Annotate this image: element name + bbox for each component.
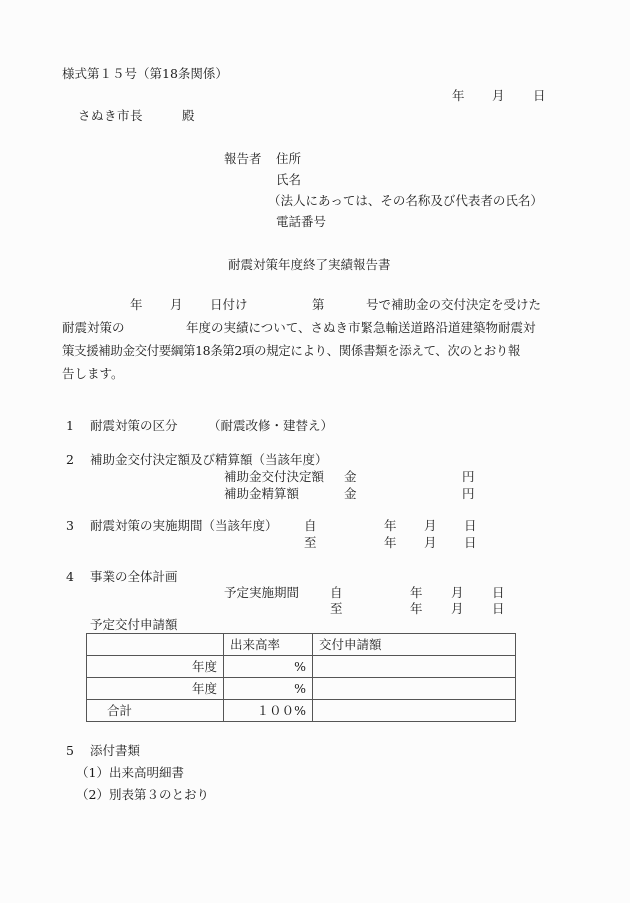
section-1-number: 1 (66, 418, 74, 434)
section-5-label: 添付書類 (90, 743, 140, 759)
phone-label: 電話番号 (276, 214, 326, 230)
section-3-to-month: 月 (424, 535, 437, 551)
section-4-to-month: 月 (451, 601, 464, 617)
addressee-name: さぬき市長 (78, 108, 143, 124)
grant-decision-label: 補助金交付決定額 (224, 469, 324, 485)
grant-settlement-yen: 円 (462, 486, 475, 502)
address-label: 住所 (276, 151, 301, 167)
section-4-to: 至 (330, 601, 343, 617)
section-3-to-year: 年 (384, 535, 397, 551)
table-row: 年度 % (87, 656, 516, 678)
section-2-label: 補助金交付決定額及び精算額（当該年度） (90, 452, 328, 468)
section-4-to-year: 年 (410, 601, 423, 617)
section-3-from-year: 年 (384, 518, 397, 534)
section-4-from-day: 日 (492, 585, 505, 601)
body-line4: 告します。 (62, 366, 124, 382)
section-3-from-month: 月 (424, 518, 437, 534)
grant-decision-yen: 円 (462, 469, 475, 485)
body-month: 月 (170, 297, 183, 313)
grant-decision-kin: 金 (344, 469, 357, 485)
section-4-from-year: 年 (410, 585, 423, 601)
planned-period-label: 予定実施期間 (224, 585, 299, 601)
corporate-note: （法人にあっては、その名称及び代表者の氏名） (268, 193, 543, 209)
table-header-row: 出来高率 交付申請額 (87, 634, 516, 656)
body-dai: 第 (312, 297, 325, 313)
date-year: 年 (452, 88, 465, 104)
table-cell-rate: % (224, 678, 313, 700)
section-4-from-month: 月 (451, 585, 464, 601)
body-line2-a: 耐震対策の (62, 320, 125, 336)
grant-settlement-label: 補助金精算額 (224, 486, 299, 502)
table-row-total: 合計 １００% (87, 700, 516, 722)
section-4-from: 自 (330, 585, 343, 601)
section-4-label: 事業の全体計画 (90, 569, 178, 585)
body-day: 日付け (210, 297, 248, 313)
table-cell-total-rate: １００% (224, 700, 313, 722)
name-label: 氏名 (276, 172, 301, 188)
table-header-cell (87, 634, 224, 656)
body-line2-b: 年度の実績について、さぬき市緊急輸送道路沿道建築物耐震対 (186, 320, 536, 336)
table-cell-amount (313, 656, 516, 678)
section-1-label: 耐震対策の区分 (90, 418, 178, 434)
table-row: 年度 % (87, 678, 516, 700)
date-day: 日 (533, 88, 546, 104)
section-4-number: 4 (66, 569, 74, 585)
section-3-to-day: 日 (464, 535, 477, 551)
addressee-honorific: 殿 (182, 108, 195, 124)
section-2-number: 2 (66, 452, 74, 468)
form-number: 様式第１５号（第18条関係） (62, 66, 228, 82)
attachment-item: （2）別表第３のとおり (76, 787, 209, 803)
table-cell-year: 年度 (87, 656, 224, 678)
document-title: 耐震対策年度終了実績報告書 (228, 257, 391, 273)
body-line3: 策支援補助金交付要綱第18条第2項の規定により、関係書類を添えて、次のとおり報 (62, 343, 520, 359)
section-3-to: 至 (304, 535, 317, 551)
section-3-from: 自 (304, 518, 317, 534)
section-1-value: （耐震改修・建替え） (208, 418, 333, 434)
table-cell-amount (313, 678, 516, 700)
reporter-label: 報告者 (224, 151, 262, 167)
section-3-from-day: 日 (464, 518, 477, 534)
section-3-label: 耐震対策の実施期間（当該年度） (90, 518, 278, 534)
table-header-cell: 交付申請額 (313, 634, 516, 656)
table-header-cell: 出来高率 (224, 634, 313, 656)
table-cell-total-amount (313, 700, 516, 722)
date-month: 月 (492, 88, 505, 104)
table-cell-year: 年度 (87, 678, 224, 700)
body-line1-rest: 号で補助金の交付決定を受けた (366, 297, 541, 313)
grant-settlement-kin: 金 (344, 486, 357, 502)
section-5-number: 5 (66, 743, 74, 759)
table-cell-rate: % (224, 656, 313, 678)
attachment-item: （1）出来高明細書 (76, 765, 184, 781)
planned-grant-table: 出来高率 交付申請額 年度 % 年度 % 合計 １００% (86, 633, 516, 722)
table-cell-total-label: 合計 (87, 700, 224, 722)
section-4-to-day: 日 (492, 601, 505, 617)
body-year: 年 (130, 297, 143, 313)
section-3-number: 3 (66, 518, 74, 534)
planned-grant-caption: 予定交付申請額 (90, 617, 178, 633)
